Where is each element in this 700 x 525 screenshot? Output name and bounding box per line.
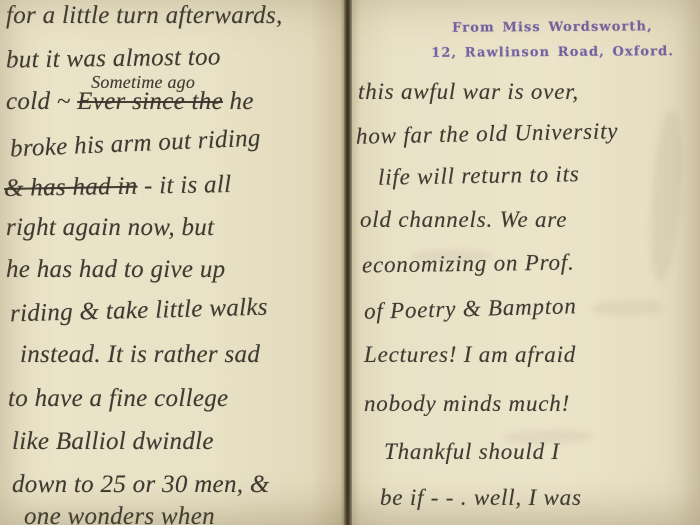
letter-photo: for a little turn afterwards,but it was … bbox=[0, 0, 700, 525]
handwriting-line: for a little turn afterwards, bbox=[6, 2, 283, 30]
handwriting-line: Lectures! I am afraid bbox=[364, 342, 576, 368]
handwriting-text: down to 25 or 30 men, & bbox=[12, 471, 270, 498]
handwriting-text: but it was almost too bbox=[6, 44, 221, 74]
correction-group: Sometime agoEver since the bbox=[77, 88, 223, 116]
handwriting-line: like Balliol dwindle bbox=[12, 428, 214, 456]
handwriting-line: how far the old University bbox=[356, 118, 619, 149]
handwriting-text: broke his arm out riding bbox=[10, 125, 262, 163]
handwriting-text: this awful war is over, bbox=[358, 79, 579, 104]
struck-text: & has had in bbox=[4, 173, 138, 202]
handwriting-text: old channels. We are bbox=[360, 207, 567, 232]
handwriting-line: riding & take little walks bbox=[10, 294, 268, 329]
handwriting-text: how far the old University bbox=[356, 118, 619, 148]
handwriting-line: to have a fine college bbox=[8, 385, 228, 413]
handwriting-line: instead. It is rather sad bbox=[20, 341, 260, 369]
handwriting-text: be if - - . well, I was bbox=[380, 485, 582, 510]
page-gutter bbox=[344, 0, 352, 525]
handwriting-line: but it was almost too bbox=[6, 44, 221, 75]
handwriting-line: this awful war is over, bbox=[358, 79, 579, 105]
handwriting-line: right again now, but bbox=[6, 214, 214, 242]
handwriting-line: be if - - . well, I was bbox=[380, 485, 582, 511]
handwriting-text: Thankful should I bbox=[384, 439, 560, 464]
handwriting-line: life will return to its bbox=[378, 161, 580, 191]
handwriting-line: nobody minds much! bbox=[364, 391, 570, 417]
handwriting-line: broke his arm out riding bbox=[10, 125, 262, 164]
handwriting-line: old channels. We are bbox=[360, 207, 567, 233]
handwriting-text: life will return to its bbox=[378, 161, 580, 190]
handwriting-text: of Poetry & Bampton bbox=[364, 293, 577, 324]
handwriting-line: one wonders when bbox=[24, 503, 215, 525]
handwriting-line: cold ~ Sometime agoEver since the he bbox=[6, 88, 254, 116]
handwriting-text: cold ~ bbox=[6, 88, 77, 115]
left-page: for a little turn afterwards,but it was … bbox=[0, 0, 344, 525]
handwriting-text: for a little turn afterwards, bbox=[6, 2, 283, 29]
handwriting-line: he has had to give up bbox=[6, 256, 225, 284]
handwriting-text: economizing on Prof. bbox=[362, 250, 575, 278]
inserted-correction: Sometime ago bbox=[91, 72, 195, 93]
handwriting-line: of Poetry & Bampton bbox=[364, 293, 577, 325]
handwriting-line: down to 25 or 30 men, & bbox=[12, 471, 270, 499]
handwriting-line: & has had in - it is all bbox=[4, 171, 232, 203]
handwriting-text: nobody minds much! bbox=[364, 391, 570, 416]
handwriting-line: Thankful should I bbox=[384, 439, 560, 465]
handwriting-text: like Balliol dwindle bbox=[12, 428, 214, 455]
handwriting-text: he bbox=[223, 88, 254, 115]
handwriting-text: to have a fine college bbox=[8, 385, 228, 412]
handwriting-text: right again now, but bbox=[6, 214, 214, 241]
handwriting-text: riding & take little walks bbox=[10, 294, 268, 328]
handwriting-text: he has had to give up bbox=[6, 256, 225, 283]
right-page: From Miss Wordsworth, 12, Rawlinson Road… bbox=[352, 0, 700, 525]
handwriting-text: instead. It is rather sad bbox=[20, 341, 260, 368]
handwriting-text: one wonders when bbox=[24, 503, 215, 525]
handwriting-text: Lectures! I am afraid bbox=[364, 342, 576, 367]
right-page-text: this awful war is over,how far the old U… bbox=[352, 0, 700, 525]
handwriting-line: economizing on Prof. bbox=[362, 250, 575, 279]
handwriting-text: - it is all bbox=[137, 171, 231, 200]
